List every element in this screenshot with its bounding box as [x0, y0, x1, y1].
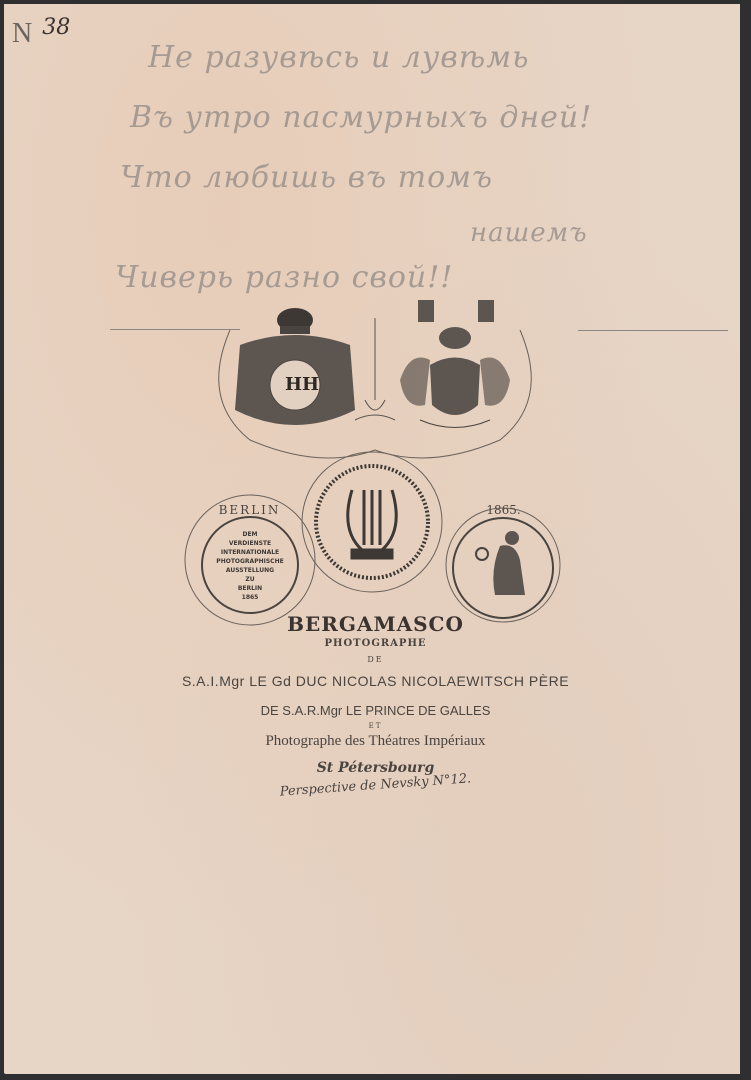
imprint-line-3: Photographe des Théatres Impériaux: [0, 733, 751, 750]
medal-left-inscription: DEMVERDIENSTEINTERNATIONALEPHOTOGRAPHISC…: [210, 530, 290, 602]
studio-title: PHOTOGRAPHE: [0, 638, 751, 649]
lyre-icon: [348, 490, 396, 558]
studio-name: BERGAMASCO: [0, 612, 751, 636]
imprint-line-1: S.A.I.Mgr LE Gd DUC NICOLAS NICOLAEWITSC…: [0, 673, 751, 689]
medal-right-label: 1865.: [128, 503, 751, 517]
imprint-et: ET: [0, 722, 751, 730]
emblems-art: [0, 0, 751, 460]
seated-figure-icon: [476, 531, 525, 595]
imprint-line-2: DE S.A.R.Mgr LE PRINCE DE GALLES: [0, 703, 751, 718]
left-crest-icon: [235, 308, 355, 425]
right-crest-icon: [400, 300, 510, 428]
crest-monogram-text: HH: [285, 374, 319, 395]
imprint-de: DE: [0, 655, 751, 664]
